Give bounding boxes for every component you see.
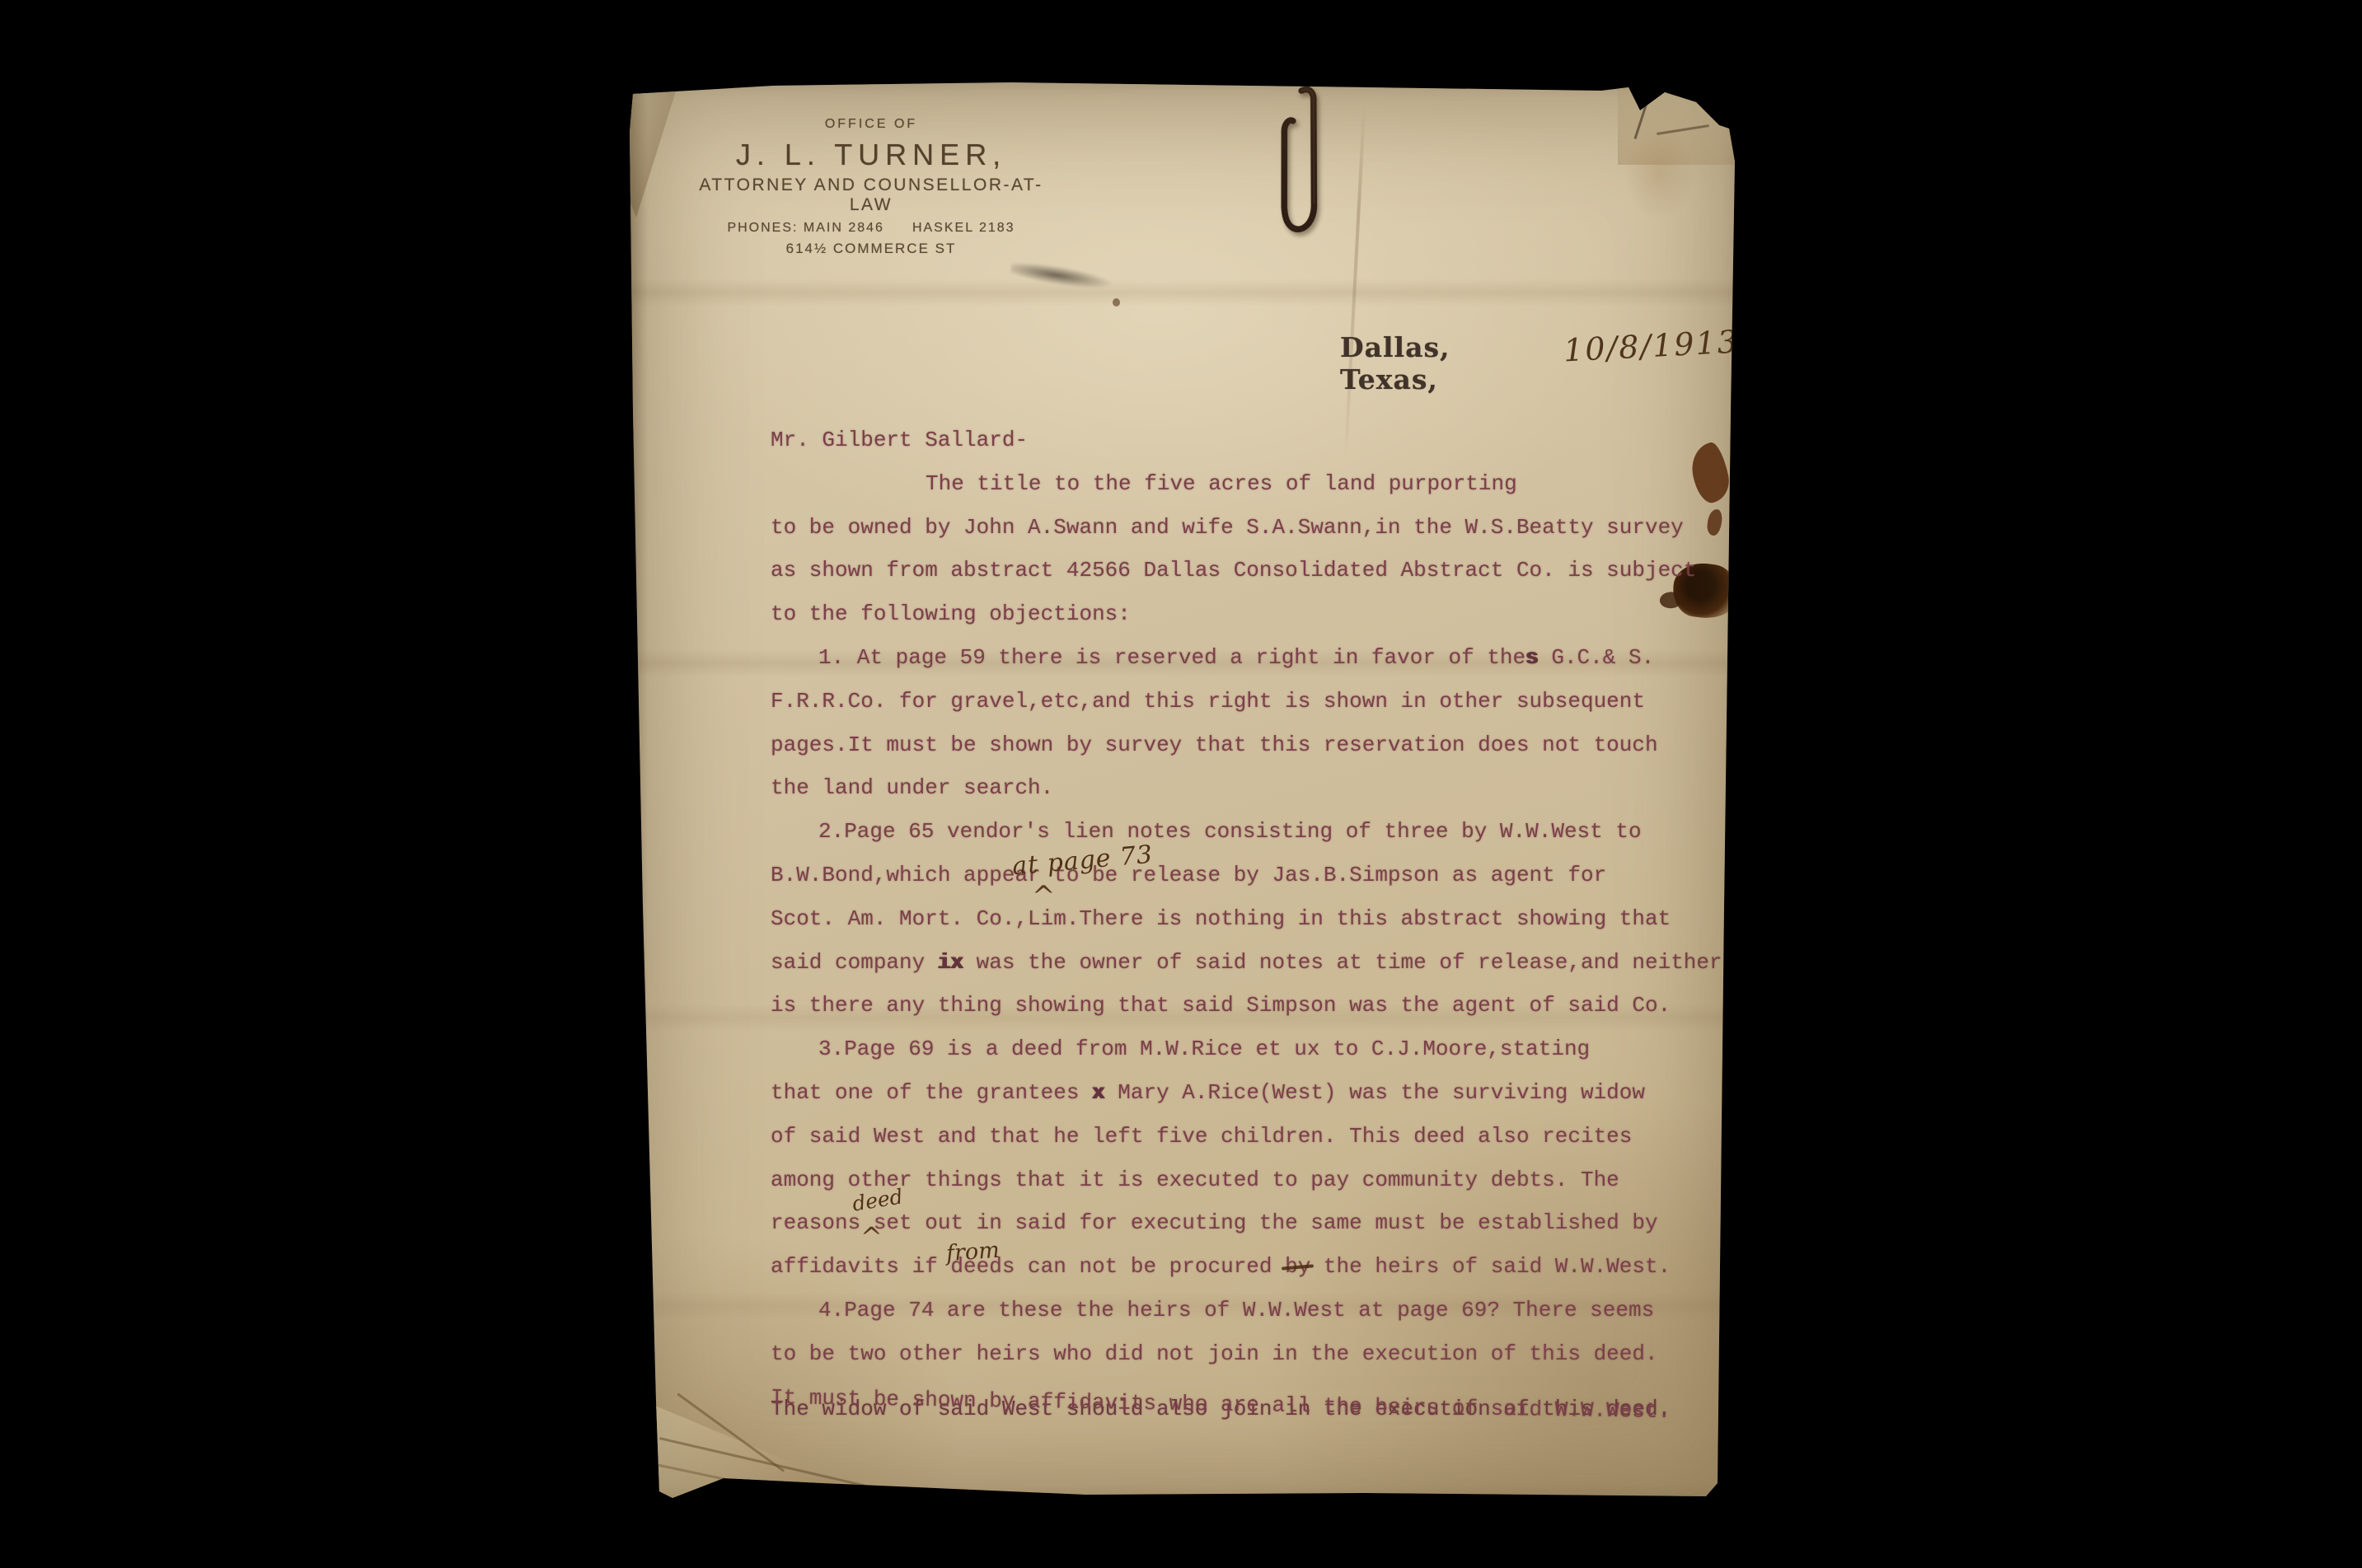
paper-vignette [625,82,1739,1501]
letter-paper: OFFICE OF J. L. TURNER, ATTORNEY AND COU… [625,82,1739,1501]
photo-background: OFFICE OF J. L. TURNER, ATTORNEY AND COU… [0,0,2362,1568]
